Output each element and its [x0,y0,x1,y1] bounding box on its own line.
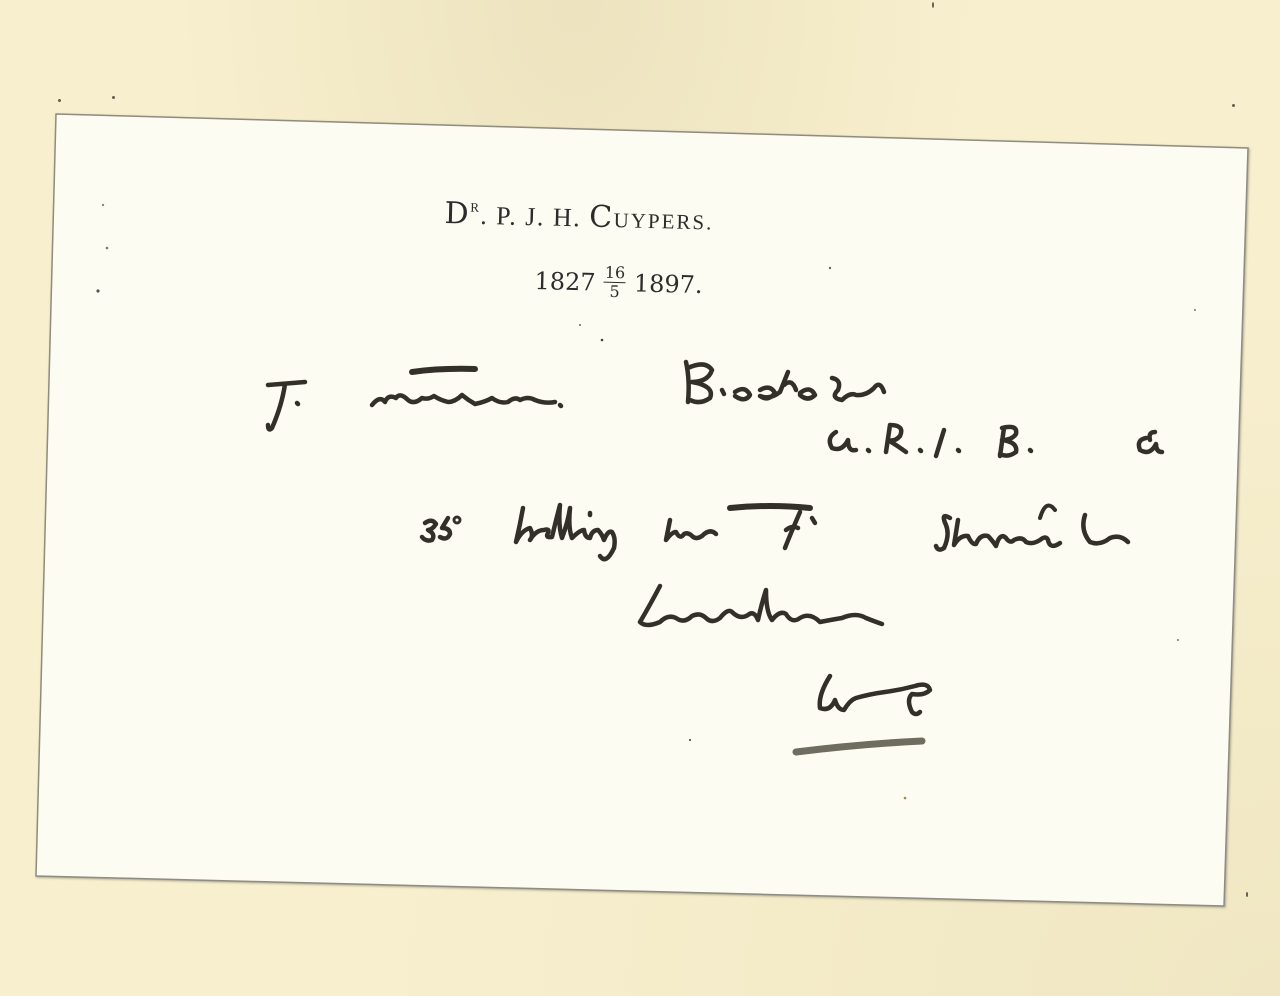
name-prefix: D [444,196,470,232]
card-outline [0,0,1280,996]
surname-rest: UYPERS. [613,208,713,234]
printed-name: DR. P. J. H. CUYPERS. [444,196,714,238]
fraction-denominator: 5 [609,283,620,301]
surname-initial: C [589,200,614,236]
date-fraction: 16 5 [603,264,626,302]
year-end: 1897. [634,269,703,299]
name-prefix-superscript: R [470,200,481,215]
year-start: 1827 [534,266,596,295]
calling-card: DR. P. J. H. CUYPERS. 1827 16 5 1897. [0,0,1280,996]
fraction-numerator: 16 [604,264,627,284]
name-initials: . P. J. H. [480,201,590,233]
postal-district-underline [796,741,922,742]
printed-dates: 1827 16 5 1897. [534,262,703,303]
album-page: DR. P. J. H. CUYPERS. 1827 16 5 1897. [0,0,1280,996]
